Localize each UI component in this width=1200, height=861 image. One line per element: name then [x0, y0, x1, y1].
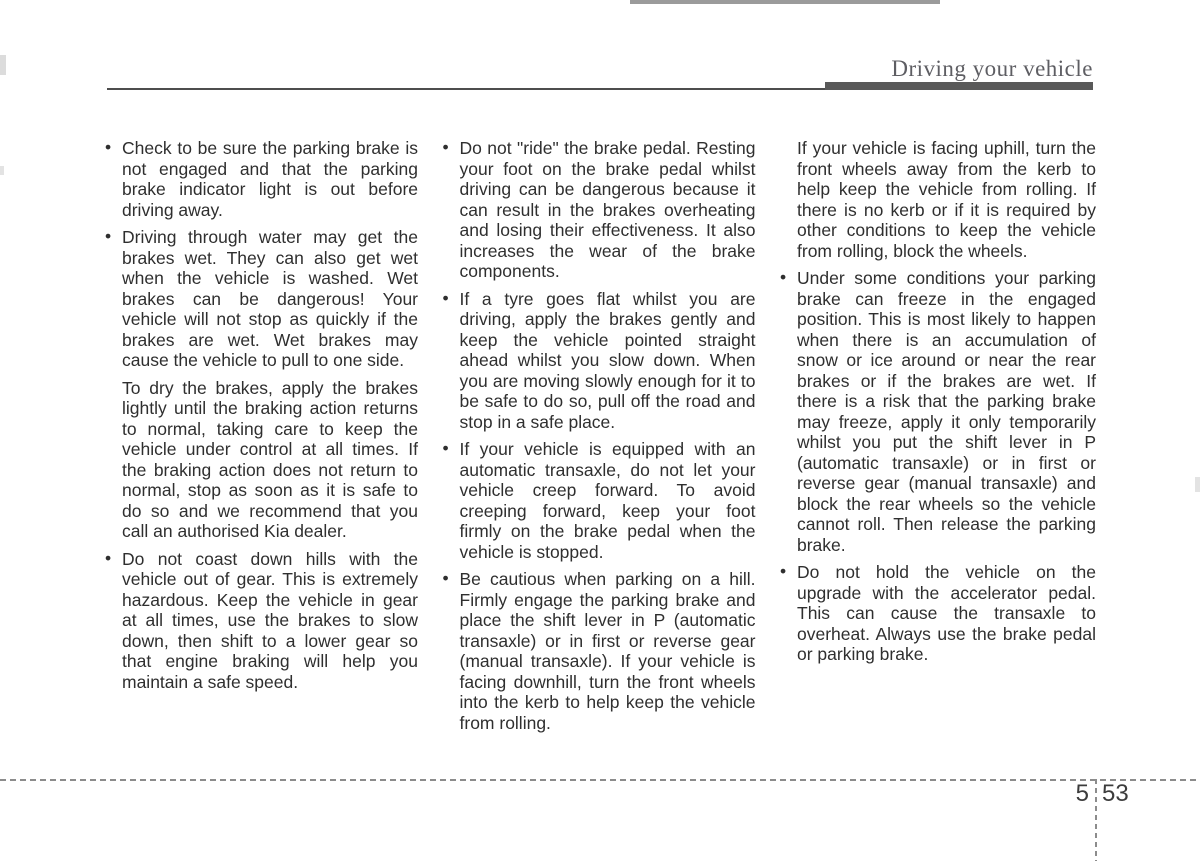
paragraph-text: Do not hold the vehicle on the upgrade w…	[797, 562, 1096, 665]
bullet-item: •Do not "ride" the brake pedal. Resting …	[443, 138, 756, 282]
header-rule-thick	[825, 82, 1093, 90]
paragraph-text: Driving through water may get the brakes…	[122, 227, 418, 371]
page-title: Driving your vehicle	[891, 56, 1093, 82]
left-edge-scan-artifact	[0, 166, 4, 175]
footer-dashed-divider	[1095, 779, 1097, 861]
text-column-2: •Do not "ride" the brake pedal. Resting …	[443, 138, 756, 740]
bullet-item: •Be cautious when parking on a hill. Fir…	[443, 569, 756, 733]
footer-dashed-line	[0, 779, 1200, 781]
paragraph-text: Do not coast down hills with the vehicle…	[122, 549, 418, 693]
left-edge-scan-artifact	[0, 55, 6, 75]
paragraph-text: If your vehicle is facing uphill, turn t…	[797, 138, 1096, 261]
bullet-marker: •	[780, 561, 786, 582]
page-number: 53	[1102, 781, 1129, 807]
content-columns: •Check to be sure the parking brake is n…	[105, 138, 1096, 740]
right-edge-scan-artifact	[1195, 477, 1200, 492]
bullet-marker: •	[780, 267, 786, 288]
paragraph-text: Under some conditions your parking brake…	[797, 268, 1096, 555]
paragraph-text: Do not "ride" the brake pedal. Resting y…	[460, 138, 756, 282]
bullet-item: •Do not coast down hills with the vehicl…	[105, 549, 418, 693]
bullet-marker: •	[105, 226, 111, 247]
chapter-number: 5	[1076, 781, 1089, 807]
bullet-marker: •	[105, 137, 111, 158]
paragraph-text: If your vehicle is equipped with an auto…	[460, 439, 756, 562]
paragraph-text: Be cautious when parking on a hill. Firm…	[460, 569, 756, 733]
manual-page: Driving your vehicle •Check to be sure t…	[0, 0, 1200, 861]
paragraph-text: If a tyre goes flat whilst you are drivi…	[460, 289, 756, 433]
text-column-3: If your vehicle is facing uphill, turn t…	[780, 138, 1096, 740]
bullet-marker: •	[443, 288, 449, 309]
paragraph-continuation: To dry the brakes, apply the brakes ligh…	[105, 378, 418, 542]
bullet-marker: •	[443, 137, 449, 158]
paragraph-text: Check to be sure the parking brake is no…	[122, 138, 418, 220]
bullet-marker: •	[443, 438, 449, 459]
paragraph-continuation: If your vehicle is facing uphill, turn t…	[780, 138, 1096, 261]
header-rule-thin	[107, 88, 825, 90]
bullet-marker: •	[443, 568, 449, 589]
bullet-marker: •	[105, 548, 111, 569]
bullet-item: •Under some conditions your parking brak…	[780, 268, 1096, 555]
paragraph-text: To dry the brakes, apply the brakes ligh…	[122, 378, 418, 542]
bullet-item: •If your vehicle is equipped with an aut…	[443, 439, 756, 562]
bullet-item: •Do not hold the vehicle on the upgrade …	[780, 562, 1096, 665]
bullet-item: •If a tyre goes flat whilst you are driv…	[443, 289, 756, 433]
text-column-1: •Check to be sure the parking brake is n…	[105, 138, 418, 740]
bullet-item: •Check to be sure the parking brake is n…	[105, 138, 418, 220]
page-top-scan-artifact	[630, 0, 940, 4]
bullet-item: •Driving through water may get the brake…	[105, 227, 418, 371]
